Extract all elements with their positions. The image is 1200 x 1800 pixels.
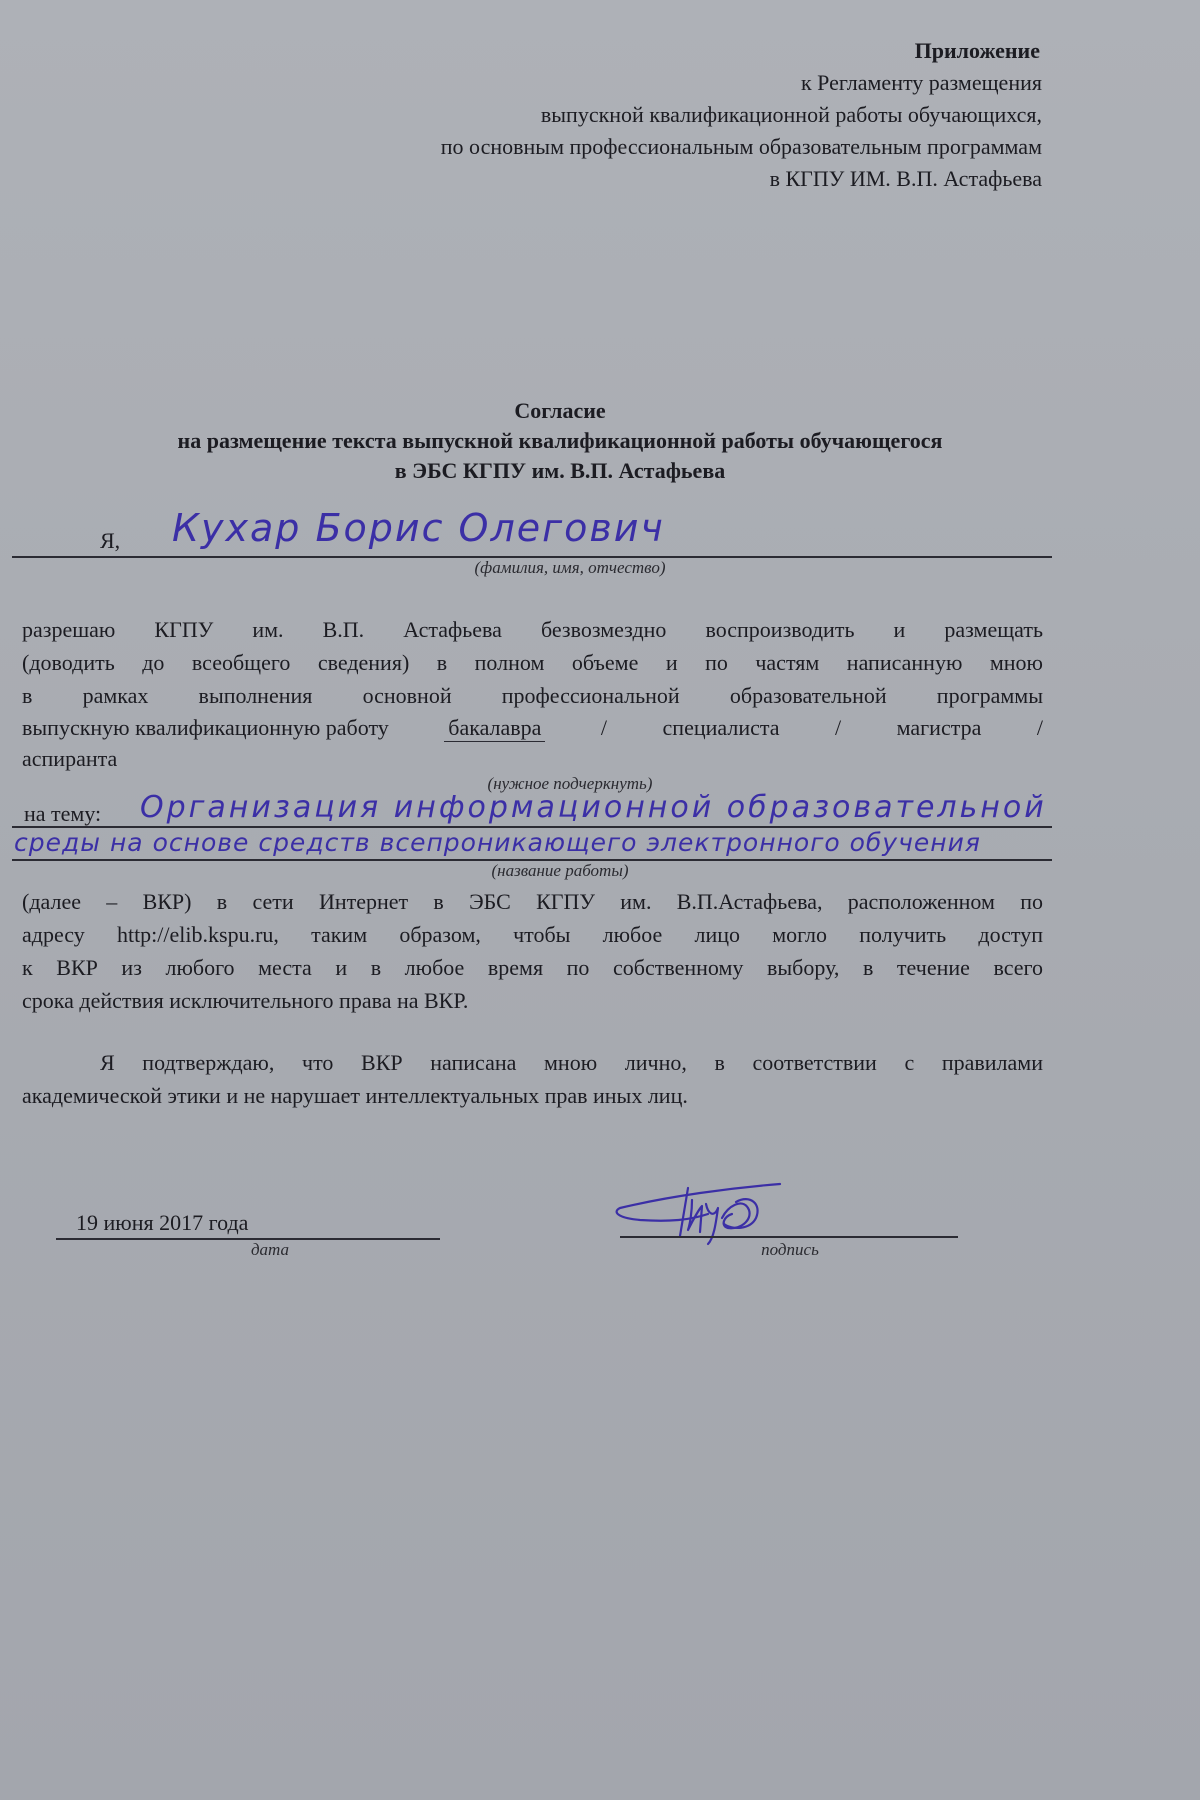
document-subtitle-2: в ЭБС КГПУ им. В.П. Астафьева xyxy=(0,458,1120,484)
confirmation-line-2: академической этики и не нарушает интелл… xyxy=(22,1083,688,1109)
permission-line-1: разрешаю КГПУ им. В.П. Астафьева безвозм… xyxy=(22,617,1043,643)
degree-line: выпускную квалификационную работу бакала… xyxy=(22,715,1043,742)
permission-line-2: (доводить до всеобщего сведения) в полно… xyxy=(22,650,1043,676)
signature-caption: подпись xyxy=(740,1240,840,1260)
degree-option-postgraduate[interactable]: аспиранта xyxy=(22,746,117,772)
appendix-line-4: в КГПУ ИМ. В.П. Астафьева xyxy=(770,166,1042,192)
theme-handwritten-line-2[interactable]: среды на основе средств всепроникающего … xyxy=(14,828,981,857)
degree-separator: / xyxy=(1037,715,1043,742)
degree-separator: / xyxy=(601,715,607,742)
appendix-line-1: к Регламенту размещения xyxy=(801,70,1042,96)
degree-option-bachelor-selected[interactable]: бакалавра xyxy=(444,715,545,742)
degree-option-specialist[interactable]: специалиста xyxy=(663,715,780,742)
name-handwritten-value[interactable]: Кухар Борис Олегович xyxy=(172,506,665,550)
document-title: Согласие xyxy=(0,398,1120,424)
theme-prefix: на тему: xyxy=(24,801,101,827)
theme-caption: (название работы) xyxy=(450,861,670,881)
theme-handwritten-line-1[interactable]: Организация информационной образовательн… xyxy=(140,790,1047,825)
publication-line-2: адресу http://elib.kspu.ru, таким образо… xyxy=(22,922,1043,948)
appendix-line-2: выпускной квалификационной работы обучаю… xyxy=(541,102,1042,128)
appendix-title: Приложение xyxy=(915,38,1040,64)
degree-line-prefix: выпускную квалификационную работу xyxy=(22,715,389,742)
name-prefix: Я, xyxy=(100,528,120,554)
name-caption: (фамилия, имя, отчество) xyxy=(400,558,740,578)
degree-option-master[interactable]: магистра xyxy=(897,715,982,742)
date-caption: дата xyxy=(230,1240,310,1260)
consent-document-page: Приложение к Регламенту размещения выпус… xyxy=(0,0,1200,1800)
publication-line-3: к ВКР из любого места и в любое время по… xyxy=(22,955,1043,981)
publication-line-4: срока действия исключительного права на … xyxy=(22,988,468,1014)
publication-line-1: (далее – ВКР) в сети Интернет в ЭБС КГПУ… xyxy=(22,889,1043,915)
signature-underline xyxy=(620,1236,958,1238)
degree-separator: / xyxy=(835,715,841,742)
date-value[interactable]: 19 июня 2017 года xyxy=(76,1210,248,1236)
appendix-line-3: по основным профессиональным образовател… xyxy=(441,134,1042,160)
confirmation-line-1: Я подтверждаю, что ВКР написана мною лич… xyxy=(100,1050,1043,1076)
permission-line-3: в рамках выполнения основной профессиона… xyxy=(22,683,1043,709)
document-subtitle-1: на размещение текста выпускной квалифика… xyxy=(0,428,1120,454)
